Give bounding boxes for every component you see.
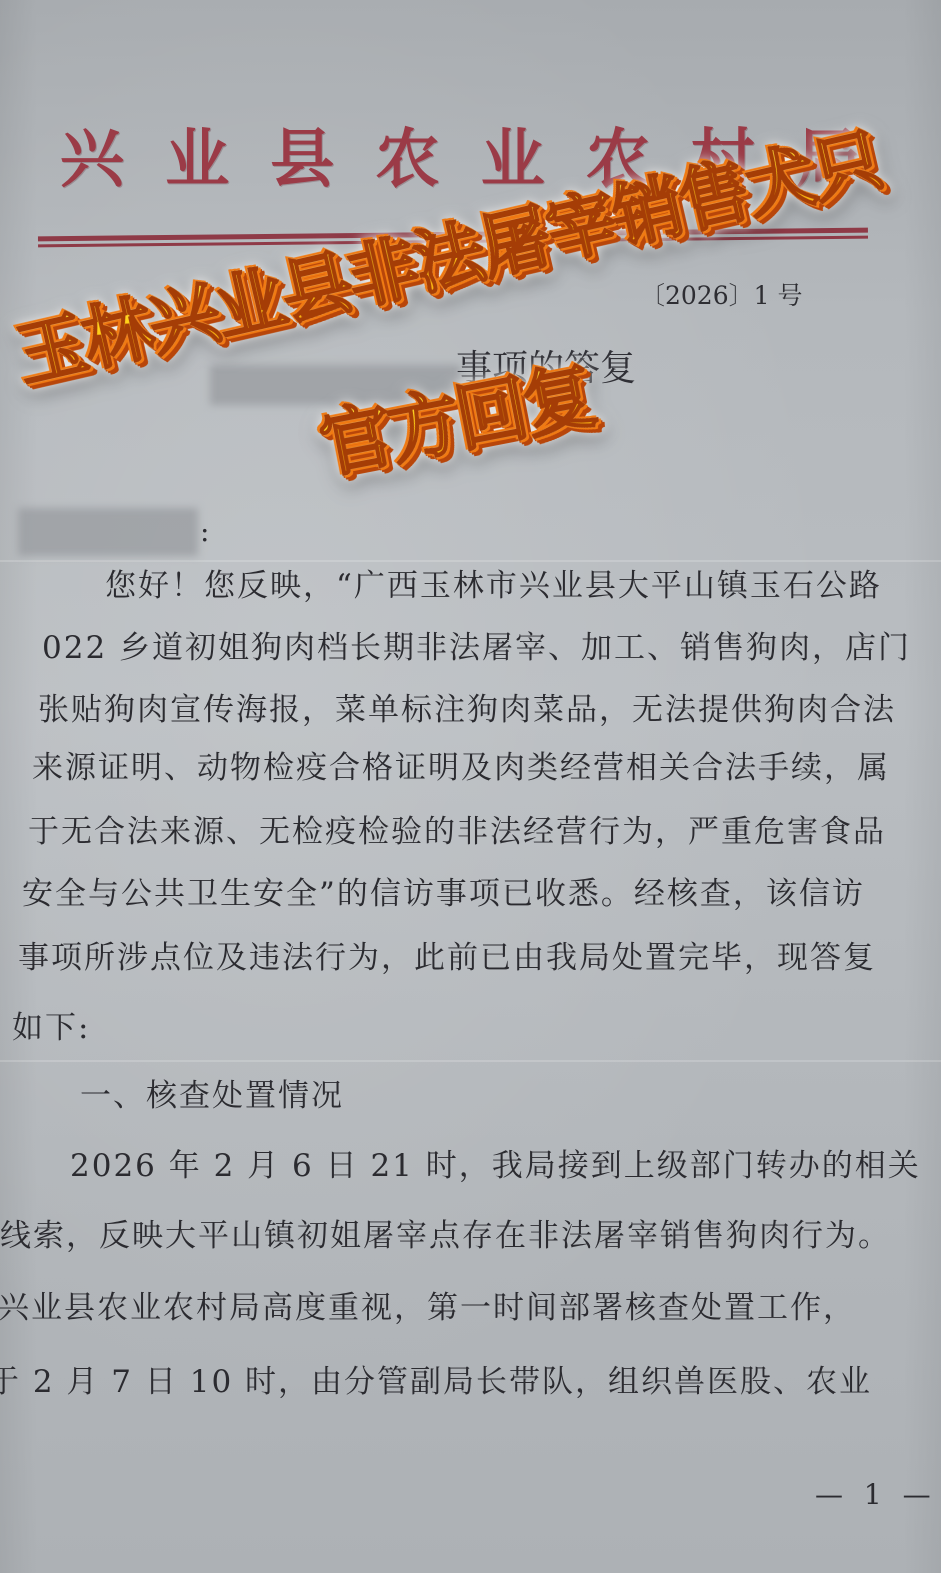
body-line: 兴业县农业农村局高度重视，第一时间部署核查处置工作， xyxy=(0,1282,856,1327)
body-line: 安全与公共卫生安全”的信访事项已收悉。经核查，该信访 xyxy=(22,868,865,913)
page-number: — 1 — xyxy=(815,1478,937,1511)
letterhead-char: 业 xyxy=(165,108,229,200)
section-heading: 一、核查处置情况 xyxy=(80,1070,344,1115)
body-line: 于 2 月 7 日 10 时，由分管副局长带队，组织兽医股、农业 xyxy=(0,1356,872,1401)
body-line: 您好！您反映，“广西玉林市兴业县大平山镇玉石公路 xyxy=(105,560,882,605)
document-number: 〔2026〕1 号 xyxy=(640,276,802,312)
paper-fold xyxy=(0,1060,941,1062)
body-line: 线索，反映大平山镇初姐屠宰点存在非法屠宰销售狗肉行为。 xyxy=(0,1210,891,1255)
letterhead-char: 县 xyxy=(270,108,334,200)
body-line: 022 乡道初姐狗肉档长期非法屠宰、加工、销售狗肉，店门 xyxy=(42,622,911,667)
letterhead-char: 农 xyxy=(375,108,439,200)
body-line: 张贴狗肉宣传海报，菜单标注狗肉菜品，无法提供狗肉合法 xyxy=(38,684,896,729)
body-line: 如下: xyxy=(12,1002,90,1047)
letterhead-char: 兴 xyxy=(60,108,124,200)
body-line: 来源证明、动物检疫合格证明及肉类经营相关合法手续，属 xyxy=(32,742,890,787)
body-line: 事项所涉点位及违法行为，此前已由我局处置完毕，现答复 xyxy=(18,932,876,977)
salutation-colon: : xyxy=(200,515,209,548)
body-line: 2026 年 2 月 6 日 21 时，我局接到上级部门转办的相关 xyxy=(70,1140,921,1185)
redacted-recipient-name xyxy=(18,508,198,556)
body-line: 于无合法来源、无检疫检验的非法经营行为，严重危害食品 xyxy=(28,806,886,851)
